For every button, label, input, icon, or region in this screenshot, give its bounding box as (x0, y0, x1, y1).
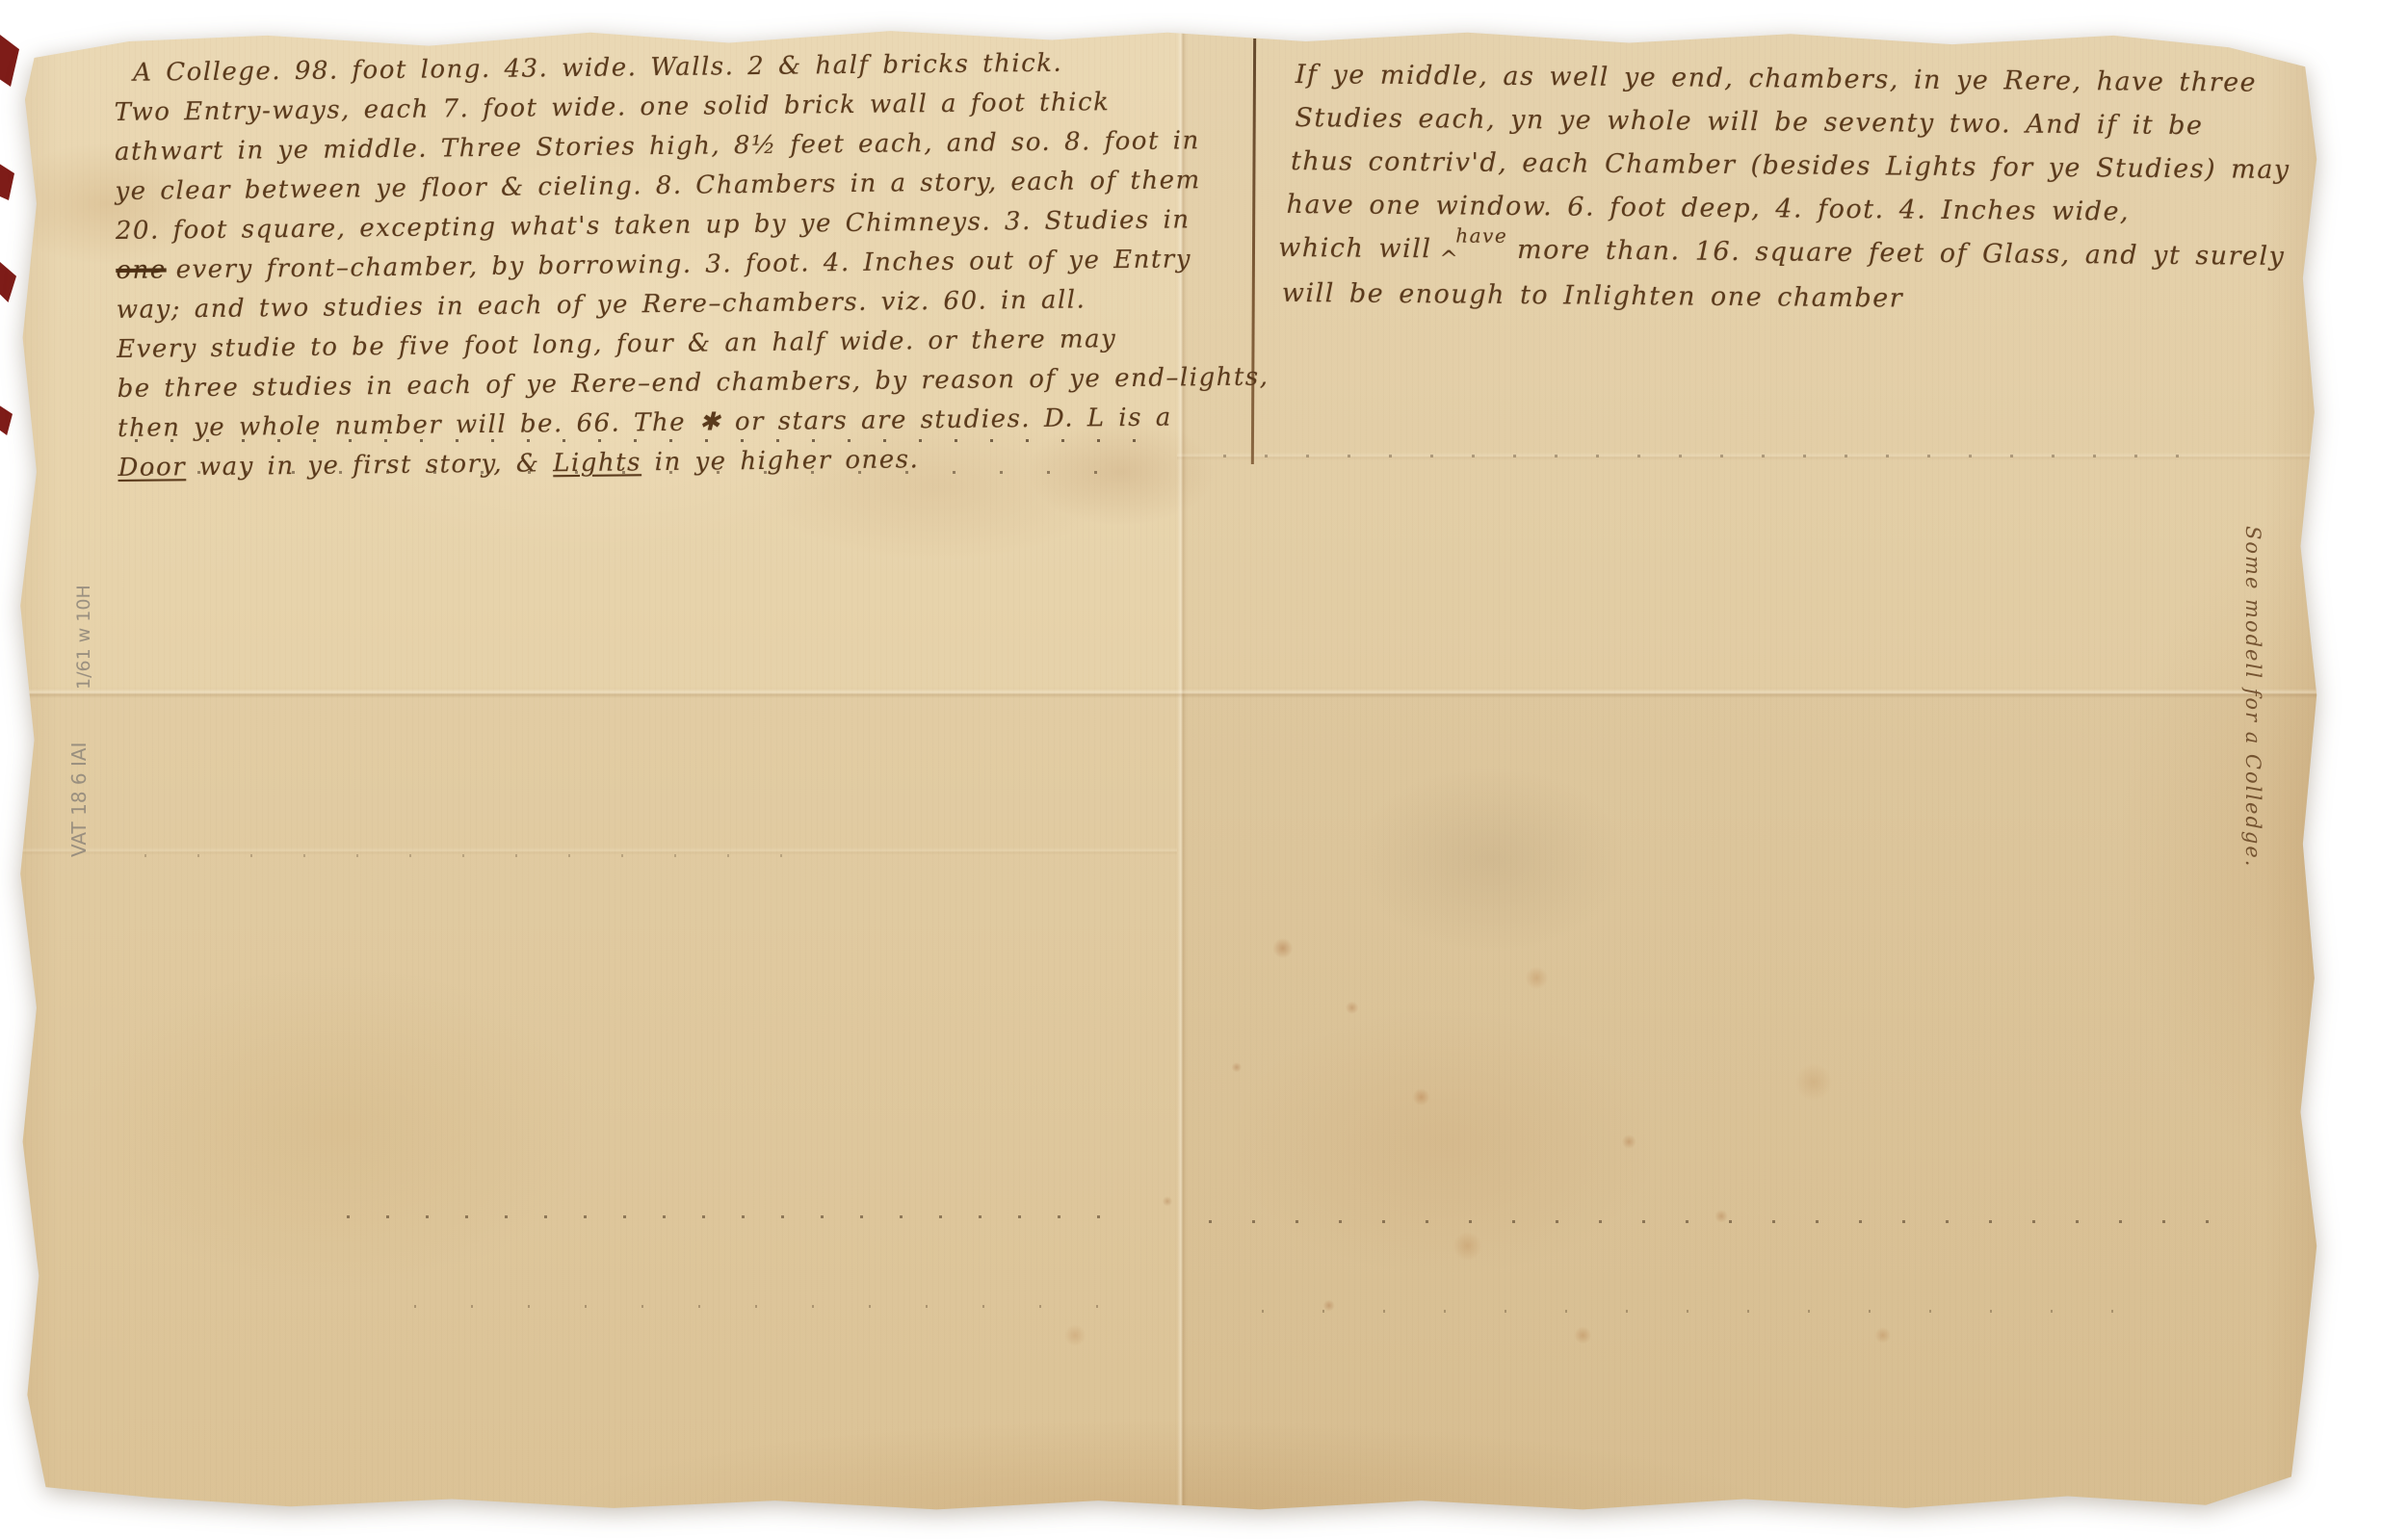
right-text-block: If ye middle, as well ye end, chambers, … (1294, 53, 2345, 325)
vertical-margin-note: Some modell for a Colledge. (2234, 526, 2264, 853)
underlined-word: Lights (553, 448, 641, 478)
pencil-annotation: 1/61 w 10H (73, 564, 94, 690)
paper-sheet-wrapper: A College. 98. foot long. 43. wide. Wall… (13, 25, 2321, 1514)
red-backing-sliver (0, 403, 13, 435)
inserted-word: have (1455, 223, 1507, 247)
manuscript-photo: A College. 98. foot long. 43. wide. Wall… (0, 0, 2408, 1539)
show-through-dots-row (414, 1305, 1108, 1308)
struck-out-word: one (116, 255, 167, 285)
insertion-caret: ^ (1439, 247, 1459, 272)
pencil-annotation: VAT 18 6 IAI (67, 703, 91, 857)
line-text: more than. 16. square feet of Glass, and… (1517, 235, 2286, 272)
line-text: which will (1278, 233, 1432, 264)
show-through-dots-row (347, 1215, 1137, 1218)
red-backing-sliver (0, 162, 14, 200)
left-text-block: A College. 98. foot long. 43. wide. Wall… (114, 41, 1284, 488)
paper-sheet: A College. 98. foot long. 43. wide. Wall… (13, 25, 2321, 1514)
line-text: way in ye first story, & (186, 449, 553, 482)
show-through-dots-row (1209, 1220, 2220, 1223)
underlined-word: Door (118, 453, 186, 483)
manuscript-line: will be enough to Inlighten one chamber (1282, 272, 2343, 325)
show-through-dots-row (1223, 455, 2215, 457)
line-text: every front–chamber, by borrowing. 3. fo… (175, 245, 1191, 284)
line-text: in ye higher ones. (641, 445, 920, 477)
show-through-dots-row (144, 854, 819, 857)
show-through-dots-row (1262, 1310, 2148, 1313)
horizontal-fold-crease (13, 689, 2321, 698)
